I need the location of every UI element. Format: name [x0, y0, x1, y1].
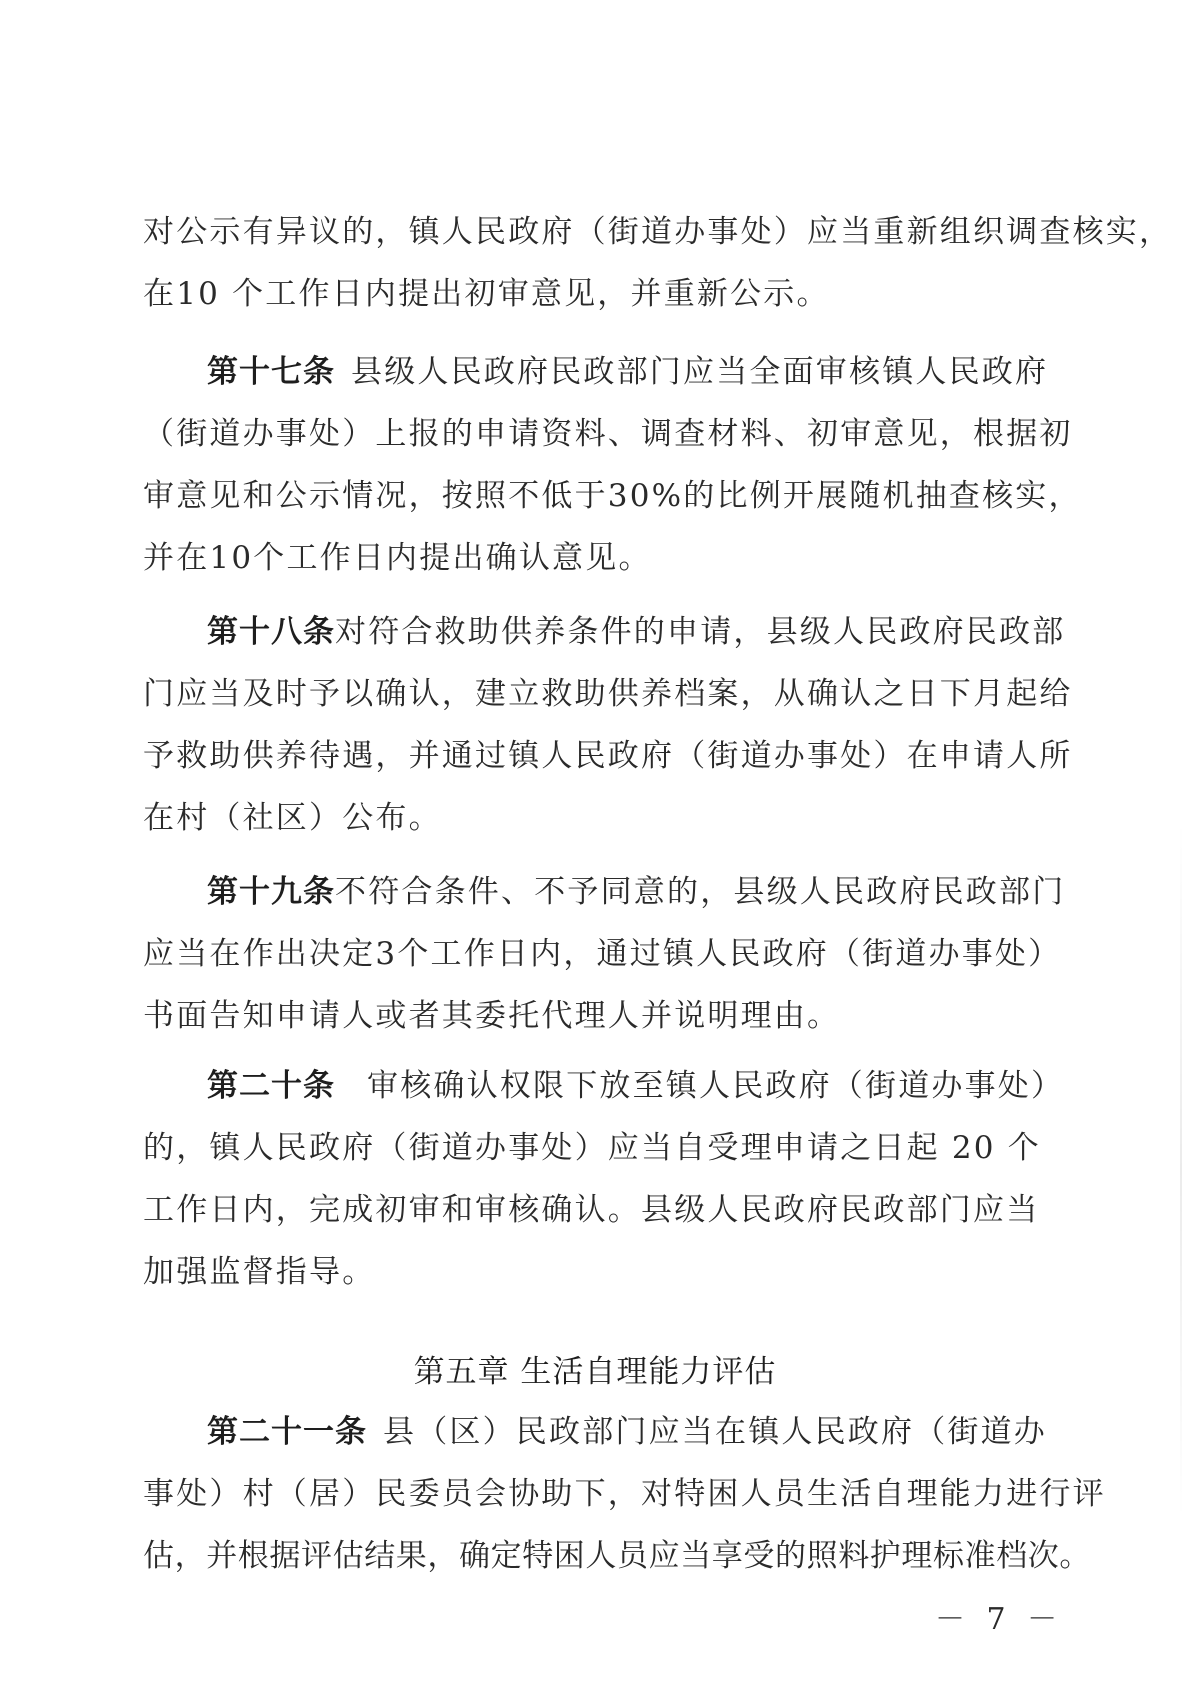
text-line: 的，镇人民政府（街道办事处）应当自受理申请之日起 20 个 [143, 1128, 1023, 1168]
page-number: － 7 － [935, 1600, 1063, 1640]
page-edge-shadow [1180, 820, 1182, 1520]
text-line: 并在10个工作日内提出确认意见。 [143, 538, 1023, 578]
text-line: 加强监督指导。 [143, 1252, 1023, 1292]
document-page: 对公示有异议的，镇人民政府（街道办事处）应当重新组织调查核实， 在10 个工作日… [0, 0, 1190, 1684]
article-19-first-line: 第十九条不符合条件、不予同意的，县级人民政府民政部门 [207, 872, 1023, 912]
text-line: 估，并根据评估结果，确定特困人员应当享受的照料护理标准档次。 [143, 1536, 1023, 1576]
text-line: 予救助供养待遇，并通过镇人民政府（街道办事处）在申请人所 [143, 736, 1023, 776]
article-18-first-line: 第十八条对符合救助供养条件的申请，县级人民政府民政部 [207, 612, 1023, 652]
article-21-title: 第二十一条 [207, 1414, 367, 1450]
text-line: 对公示有异议的，镇人民政府（街道办事处）应当重新组织调查核实， [143, 212, 1023, 252]
article-17-text: 县级人民政府民政部门应当全面审核镇人民政府 [351, 354, 1048, 390]
article-17-first-line: 第十七条县级人民政府民政部门应当全面审核镇人民政府 [207, 352, 1023, 392]
article-19-title: 第十九条 [207, 874, 335, 910]
text-line: 审意见和公示情况，按照不低于30%的比例开展随机抽查核实， [143, 476, 1023, 516]
text-line: 在10 个工作日内提出初审意见，并重新公示。 [143, 274, 1023, 314]
article-18-title: 第十八条 [207, 614, 335, 650]
text-line: 书面告知申请人或者其委托代理人并说明理由。 [143, 996, 1023, 1036]
article-18-text: 对符合救助供养条件的申请，县级人民政府民政部 [335, 614, 1065, 650]
text-line: 在村（社区）公布。 [143, 798, 1023, 838]
text-line: 门应当及时予以确认，建立救助供养档案，从确认之日下月起给 [143, 674, 1023, 714]
text-line: （街道办事处）上报的申请资料、调查材料、初审意见，根据初 [143, 414, 1023, 454]
text-line: 工作日内，完成初审和审核确认。县级人民政府民政部门应当 [143, 1190, 1023, 1230]
article-20-text: 审核确认权限下放至镇人民政府（街道办事处） [367, 1068, 1064, 1104]
article-21-first-line: 第二十一条县（区）民政部门应当在镇人民政府（街道办 [207, 1412, 1023, 1452]
chapter-heading: 第五章 生活自理能力评估 [0, 1352, 1190, 1392]
article-17-title: 第十七条 [207, 354, 335, 390]
text-line: 事处）村（居）民委员会协助下，对特困人员生活自理能力进行评 [143, 1474, 1023, 1514]
article-21-text: 县（区）民政部门应当在镇人民政府（街道办 [383, 1414, 1047, 1450]
text-line: 应当在作出决定3个工作日内，通过镇人民政府（街道办事处） [143, 934, 1023, 974]
article-20-first-line: 第二十条审核确认权限下放至镇人民政府（街道办事处） [207, 1066, 1023, 1106]
article-19-text: 不符合条件、不予同意的，县级人民政府民政部门 [335, 874, 1065, 910]
article-20-title: 第二十条 [207, 1068, 335, 1104]
